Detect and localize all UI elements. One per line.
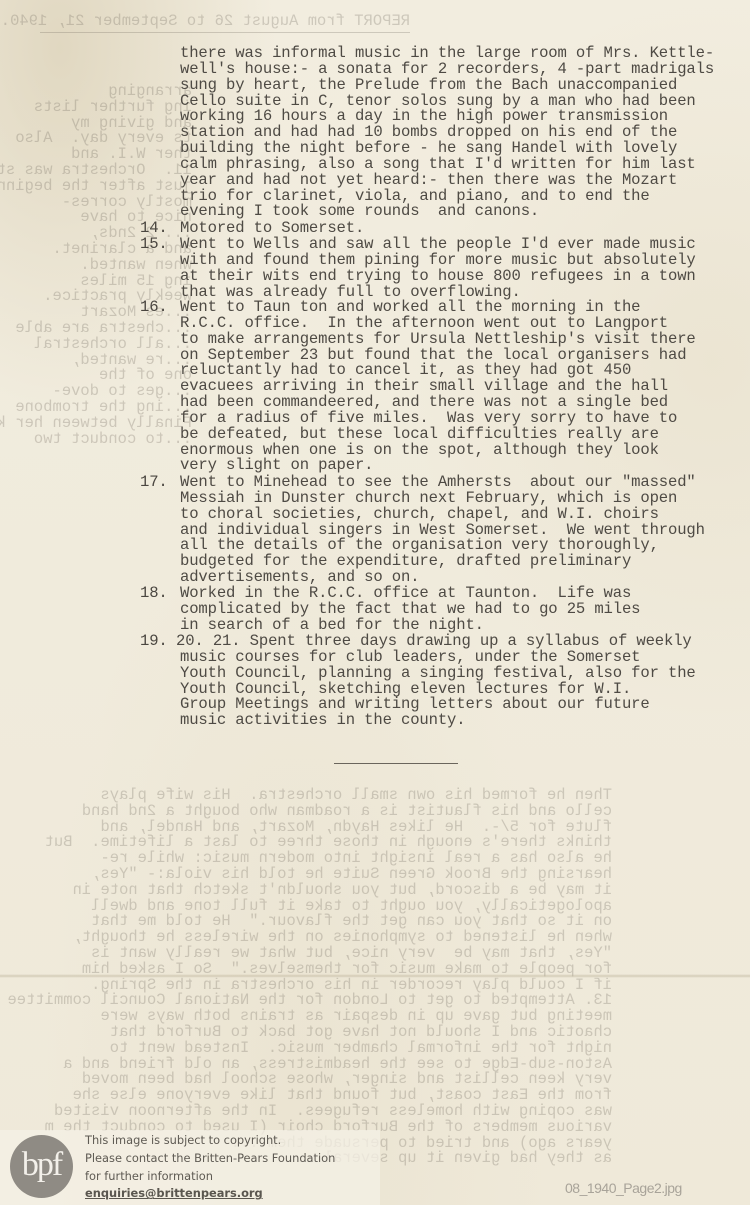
entry-text: Went to Minehead to see the Amhersts abo… <box>180 475 705 586</box>
contact-email-link[interactable]: enquiries@brittenpears.org <box>85 1185 335 1203</box>
text-line: evening I took some rounds and canons. <box>180 204 714 220</box>
entry-number: 16. <box>140 300 168 316</box>
bpf-logo: bpf <box>10 1135 73 1198</box>
entry-text: Went to Taun ton and worked all the morn… <box>180 300 696 474</box>
paper-fold-crease <box>0 974 750 978</box>
continuation-lines: there was informal music in the large ro… <box>180 46 714 220</box>
text-line: music activities in the county. <box>180 713 696 729</box>
entry-number: 18. <box>140 586 168 602</box>
image-filename: 08_1940_Page2.jpg <box>565 1180 682 1196</box>
copyright-line-1: This image is subject to copyright. <box>85 1132 335 1150</box>
copyright-line-3: for further information <box>85 1168 335 1186</box>
entry-text: 20. 21. Spent three days drawing up a sy… <box>180 634 696 729</box>
copyright-text: This image is subject to copyright. Plea… <box>85 1132 335 1203</box>
end-separator-rule <box>334 763 458 764</box>
text-line: very slight on paper. <box>180 458 696 474</box>
entry-number: 17. <box>140 475 168 491</box>
entry-text: Worked in the R.C.C. office at Taunton. … <box>180 586 640 634</box>
entry-number: 15. <box>140 237 168 253</box>
entry-number: 19. <box>140 634 168 650</box>
copyright-line-2: Please contact the Britten-Pears Foundat… <box>85 1150 335 1168</box>
entry-text: Went to Wells and saw all the people I'd… <box>180 237 696 300</box>
